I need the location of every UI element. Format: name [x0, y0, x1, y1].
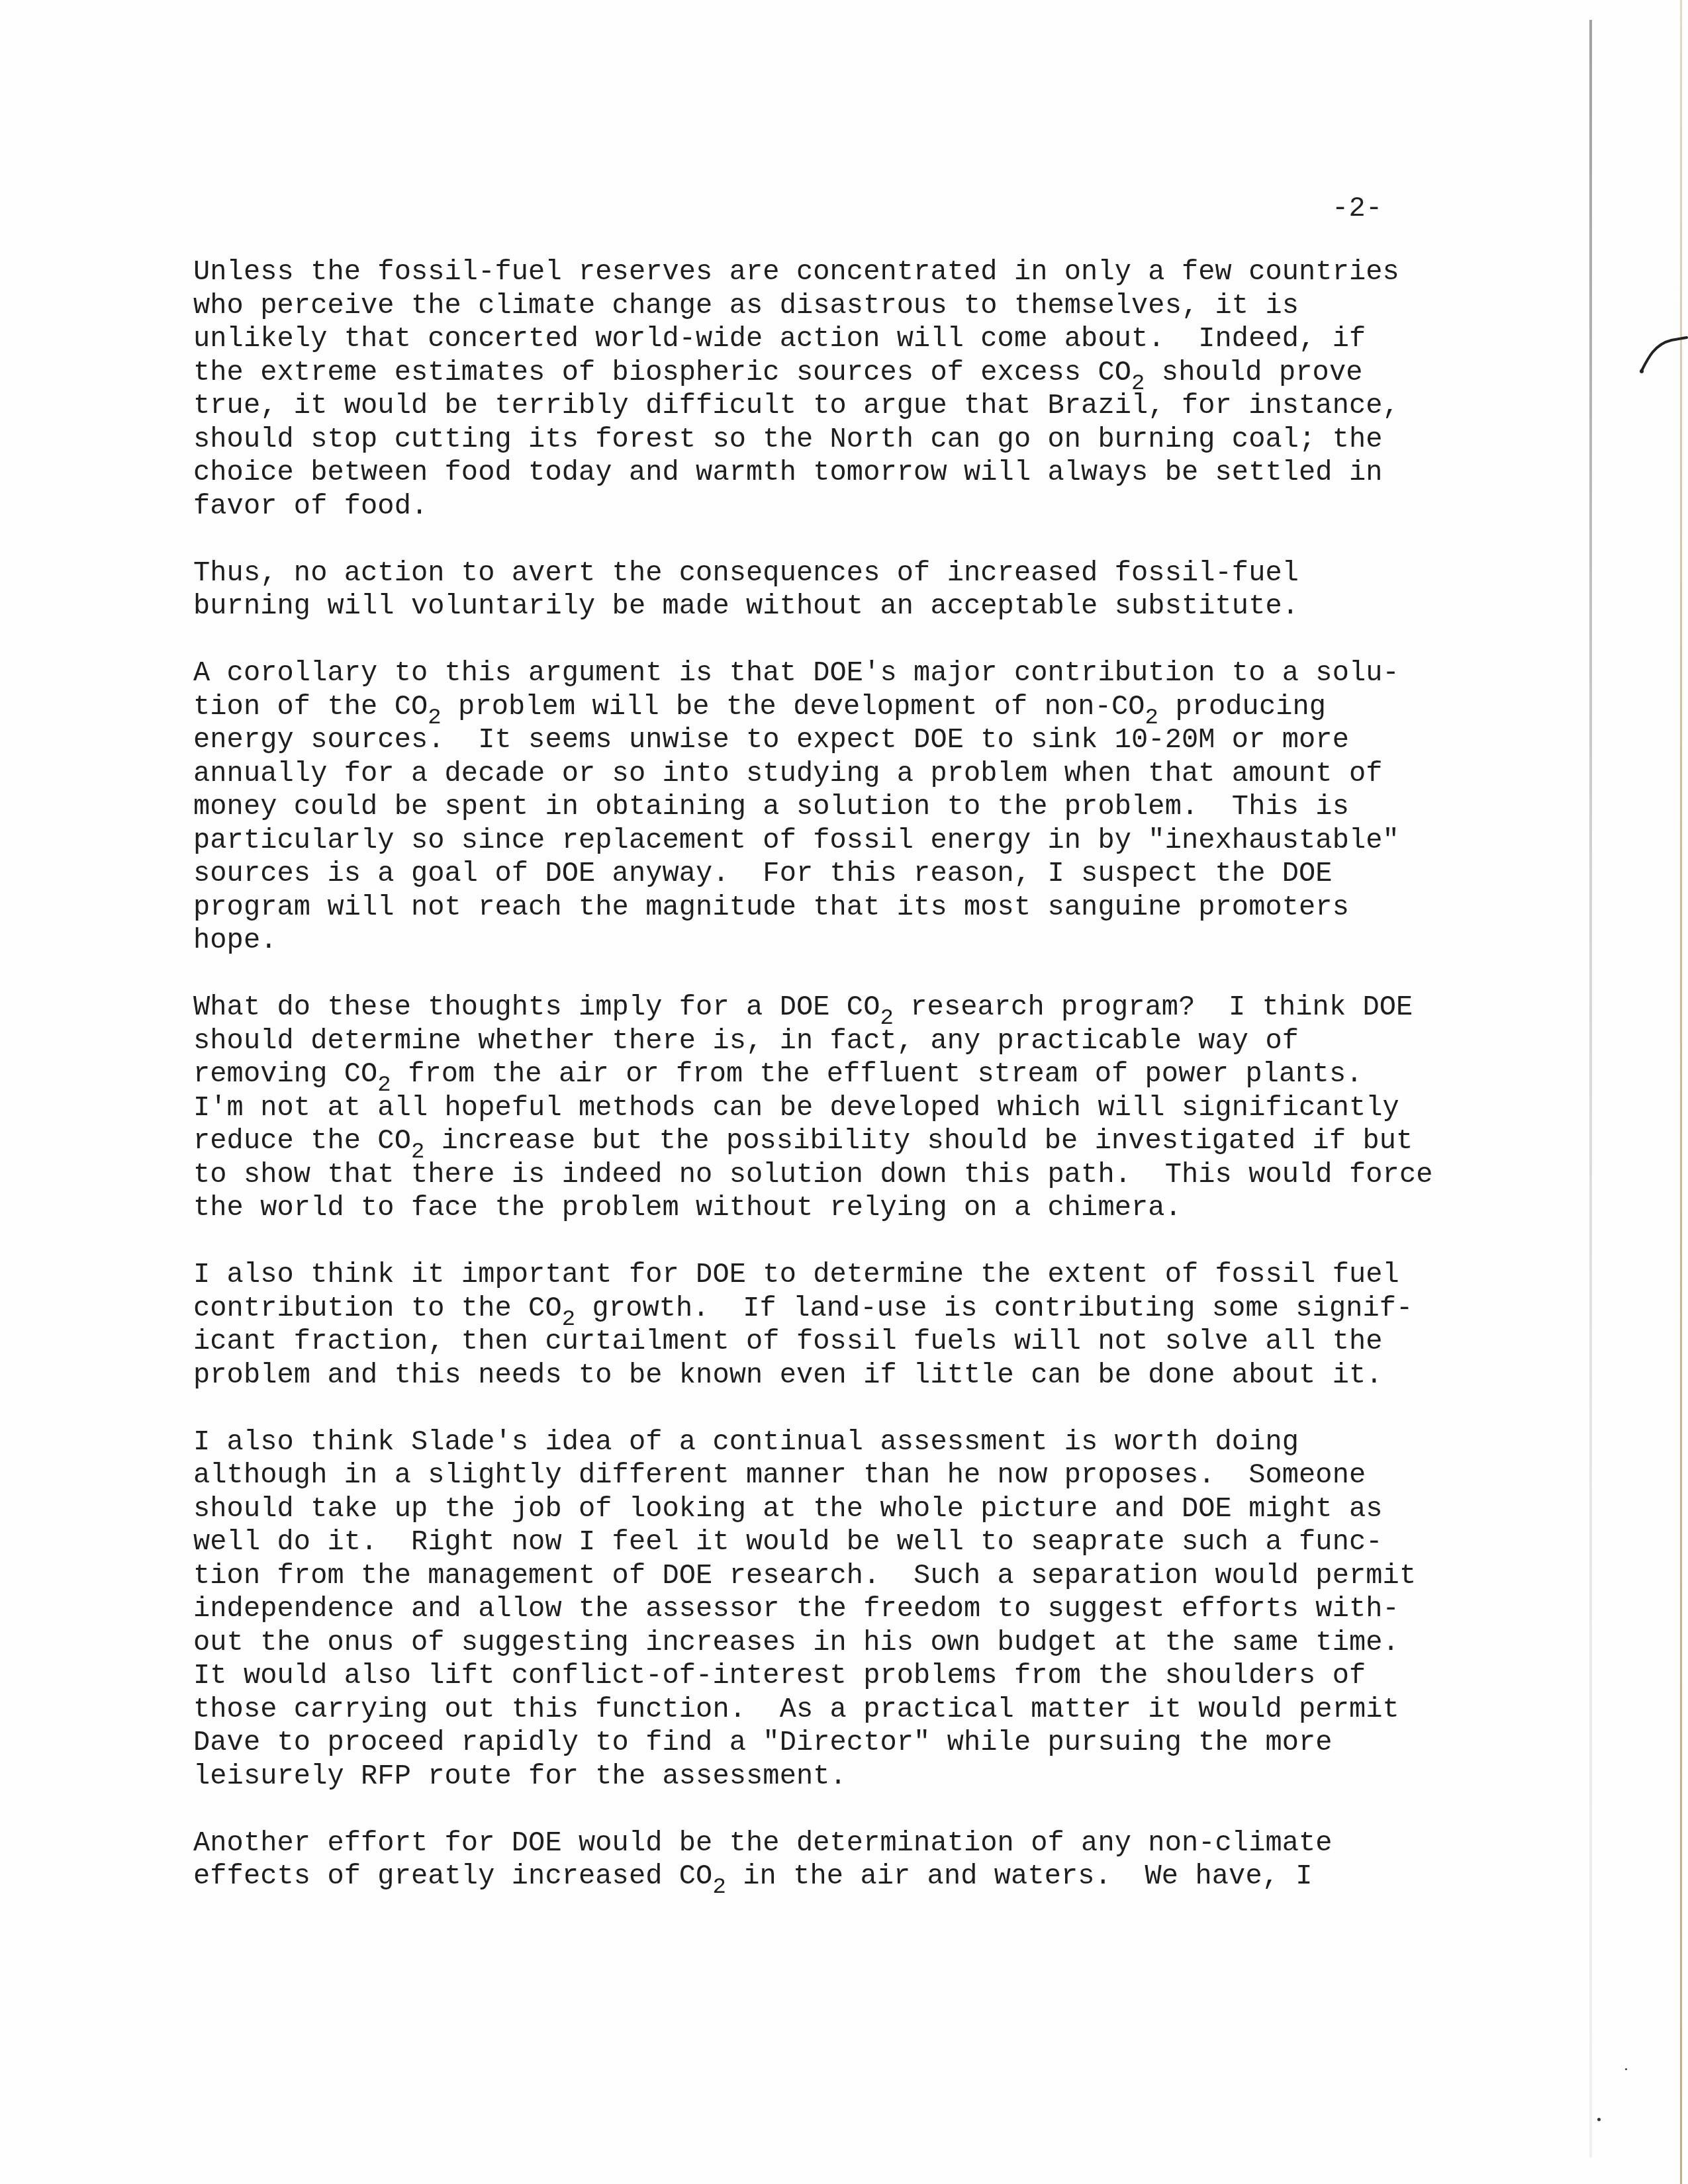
- text-segment: well do it. Right now I feel it would be…: [193, 1526, 1383, 1558]
- text-segment: program will not reach the magnitude tha…: [193, 891, 1349, 923]
- text-segment: icant fraction, then curtailment of foss…: [193, 1326, 1383, 1357]
- text-segment: sources is a goal of DOE anyway. For thi…: [193, 858, 1333, 889]
- text-segment: effects of greatly increased CO: [193, 1860, 712, 1892]
- subscript: 2: [1145, 705, 1159, 731]
- text-line: reduce the CO2 increase but the possibil…: [193, 1124, 1517, 1158]
- text-segment: producing: [1158, 691, 1326, 723]
- text-segment: Thus, no action to avert the consequence…: [193, 557, 1299, 589]
- subscript: 2: [1131, 371, 1145, 396]
- text-segment: research program? I think DOE: [894, 991, 1413, 1023]
- text-line: icant fraction, then curtailment of foss…: [193, 1325, 1517, 1359]
- text-segment: choice between food today and warmth tom…: [193, 457, 1383, 488]
- text-segment: increase but the possibility should be i…: [424, 1125, 1413, 1157]
- handwritten-mark-icon: [1635, 331, 1688, 377]
- text-segment: in the air and waters. We have, I: [726, 1860, 1313, 1892]
- subscript: 2: [411, 1140, 425, 1165]
- text-segment: problem will be the development of non-C…: [442, 691, 1145, 723]
- paragraph: Thus, no action to avert the consequence…: [193, 557, 1517, 623]
- text-line: hope.: [193, 924, 1517, 958]
- text-line: Unless the fossil-fuel reserves are conc…: [193, 255, 1517, 289]
- text-line: those carrying out this function. As a p…: [193, 1693, 1517, 1727]
- text-line: should stop cutting its forest so the No…: [193, 423, 1517, 457]
- text-line: effects of greatly increased CO2 in the …: [193, 1860, 1517, 1893]
- scan-speck: [1597, 2118, 1601, 2121]
- text-line: should take up the job of looking at the…: [193, 1492, 1517, 1526]
- scan-speck: [1625, 2068, 1627, 2070]
- text-segment: hope.: [193, 925, 277, 956]
- text-line: the extreme estimates of biospheric sour…: [193, 356, 1517, 390]
- text-segment: reduce the CO: [193, 1125, 411, 1157]
- text-segment: although in a slightly different manner …: [193, 1459, 1366, 1491]
- text-line: who perceive the climate change as disas…: [193, 289, 1517, 323]
- text-segment: problem and this needs to be known even …: [193, 1359, 1383, 1391]
- text-segment: the world to face the problem without re…: [193, 1192, 1182, 1224]
- text-segment: unlikely that concerted world-wide actio…: [193, 323, 1366, 355]
- text-segment: money could be spent in obtaining a solu…: [193, 791, 1349, 823]
- text-segment: I'm not at all hopeful methods can be de…: [193, 1092, 1399, 1124]
- text-line: I also think Slade's idea of a continual…: [193, 1426, 1517, 1459]
- text-line: burning will voluntarily be made without…: [193, 590, 1517, 623]
- text-segment: burning will voluntarily be made without…: [193, 590, 1299, 622]
- text-segment: those carrying out this function. As a p…: [193, 1694, 1399, 1725]
- letter-body: Unless the fossil-fuel reserves are conc…: [193, 255, 1517, 1927]
- text-line: the world to face the problem without re…: [193, 1191, 1517, 1225]
- text-line: should determine whether there is, in fa…: [193, 1024, 1517, 1058]
- text-line: I also think it important for DOE to det…: [193, 1258, 1517, 1292]
- text-segment: Another effort for DOE would be the dete…: [193, 1827, 1333, 1859]
- margin-rule-line: [1589, 20, 1592, 2158]
- text-segment: A corollary to this argument is that DOE…: [193, 657, 1399, 689]
- text-line: program will not reach the magnitude tha…: [193, 891, 1517, 925]
- text-segment: I also think Slade's idea of a continual…: [193, 1426, 1299, 1458]
- document-page: -2- Unless the fossil-fuel reserves are …: [0, 0, 1688, 2184]
- page-number: -2-: [1332, 192, 1383, 225]
- text-line: I'm not at all hopeful methods can be de…: [193, 1091, 1517, 1125]
- text-line: choice between food today and warmth tom…: [193, 456, 1517, 490]
- text-segment: energy sources. It seems unwise to expec…: [193, 724, 1349, 756]
- text-line: energy sources. It seems unwise to expec…: [193, 723, 1517, 757]
- text-line: Another effort for DOE would be the dete…: [193, 1827, 1517, 1860]
- text-segment: tion from the management of DOE research…: [193, 1560, 1416, 1592]
- text-segment: independence and allow the assessor the …: [193, 1593, 1399, 1625]
- page-edge: [1680, 0, 1682, 2184]
- text-line: Dave to proceed rapidly to find a "Direc…: [193, 1726, 1517, 1760]
- text-line: annually for a decade or so into studyin…: [193, 757, 1517, 791]
- paragraph: I also think Slade's idea of a continual…: [193, 1426, 1517, 1794]
- text-line: removing CO2 from the air or from the ef…: [193, 1058, 1517, 1091]
- text-line: particularly so since replacement of fos…: [193, 824, 1517, 858]
- paragraph: Another effort for DOE would be the dete…: [193, 1827, 1517, 1893]
- text-segment: from the air or from the effluent stream…: [391, 1058, 1363, 1090]
- text-line: to show that there is indeed no solution…: [193, 1158, 1517, 1192]
- text-segment: tion of the CO: [193, 691, 428, 723]
- text-line: Thus, no action to avert the consequence…: [193, 557, 1517, 590]
- text-segment: to show that there is indeed no solution…: [193, 1159, 1433, 1191]
- text-line: sources is a goal of DOE anyway. For thi…: [193, 857, 1517, 891]
- subscript: 2: [562, 1307, 576, 1332]
- text-segment: annually for a decade or so into studyin…: [193, 758, 1383, 790]
- text-segment: Unless the fossil-fuel reserves are conc…: [193, 256, 1399, 288]
- paragraph: What do these thoughts imply for a DOE C…: [193, 991, 1517, 1225]
- text-line: unlikely that concerted world-wide actio…: [193, 322, 1517, 356]
- text-line: A corollary to this argument is that DOE…: [193, 657, 1517, 690]
- text-segment: should stop cutting its forest so the No…: [193, 424, 1383, 455]
- text-segment: It would also lift conflict-of-interest …: [193, 1660, 1366, 1692]
- text-segment: leisurely RFP route for the assessment.: [193, 1760, 847, 1792]
- text-segment: favor of food.: [193, 490, 428, 522]
- text-line: well do it. Right now I feel it would be…: [193, 1525, 1517, 1559]
- text-segment: contribution to the CO: [193, 1293, 562, 1324]
- text-line: leisurely RFP route for the assessment.: [193, 1760, 1517, 1794]
- text-line: tion from the management of DOE research…: [193, 1559, 1517, 1593]
- subscript: 2: [880, 1006, 894, 1031]
- text-line: problem and this needs to be known even …: [193, 1359, 1517, 1392]
- paragraph: Unless the fossil-fuel reserves are conc…: [193, 255, 1517, 523]
- text-line: favor of food.: [193, 490, 1517, 523]
- paragraph: I also think it important for DOE to det…: [193, 1258, 1517, 1392]
- text-line: contribution to the CO2 growth. If land-…: [193, 1292, 1517, 1326]
- text-line: tion of the CO2 problem will be the deve…: [193, 690, 1517, 724]
- paragraph: A corollary to this argument is that DOE…: [193, 657, 1517, 958]
- text-segment: I also think it important for DOE to det…: [193, 1259, 1399, 1291]
- subscript: 2: [712, 1875, 726, 1900]
- text-segment: removing CO: [193, 1058, 377, 1090]
- text-segment: the extreme estimates of biospheric sour…: [193, 357, 1131, 388]
- text-segment: true, it would be terribly difficult to …: [193, 390, 1399, 422]
- text-segment: should determine whether there is, in fa…: [193, 1025, 1299, 1057]
- text-line: money could be spent in obtaining a solu…: [193, 790, 1517, 824]
- text-line: true, it would be terribly difficult to …: [193, 389, 1517, 423]
- text-segment: who perceive the climate change as disas…: [193, 290, 1299, 322]
- text-line: What do these thoughts imply for a DOE C…: [193, 991, 1517, 1024]
- text-segment: Dave to proceed rapidly to find a "Direc…: [193, 1727, 1333, 1758]
- text-segment: out the onus of suggesting increases in …: [193, 1627, 1399, 1659]
- text-line: independence and allow the assessor the …: [193, 1592, 1517, 1626]
- text-segment: particularly so since replacement of fos…: [193, 825, 1399, 856]
- text-segment: should prove: [1145, 357, 1363, 388]
- text-line: although in a slightly different manner …: [193, 1459, 1517, 1492]
- text-segment: should take up the job of looking at the…: [193, 1493, 1383, 1525]
- subscript: 2: [428, 705, 442, 731]
- text-line: out the onus of suggesting increases in …: [193, 1626, 1517, 1660]
- subscript: 2: [377, 1073, 391, 1098]
- text-segment: growth. If land-use is contributing some…: [575, 1293, 1413, 1324]
- text-segment: What do these thoughts imply for a DOE C…: [193, 991, 880, 1023]
- text-line: It would also lift conflict-of-interest …: [193, 1659, 1517, 1693]
